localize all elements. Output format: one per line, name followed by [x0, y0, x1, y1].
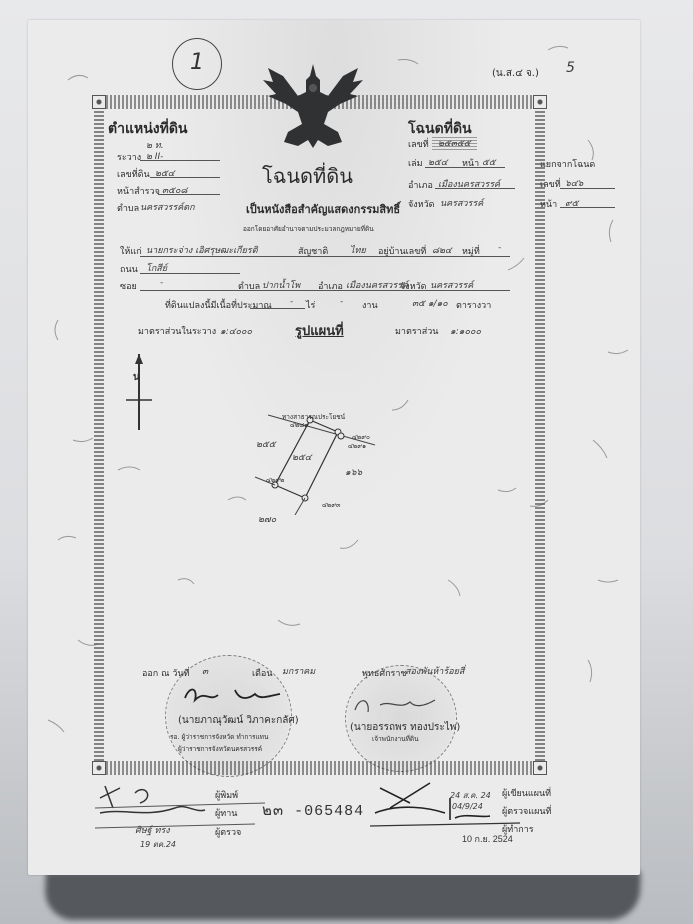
photocopy-noise	[28, 20, 640, 875]
paper-shadow	[44, 872, 641, 920]
